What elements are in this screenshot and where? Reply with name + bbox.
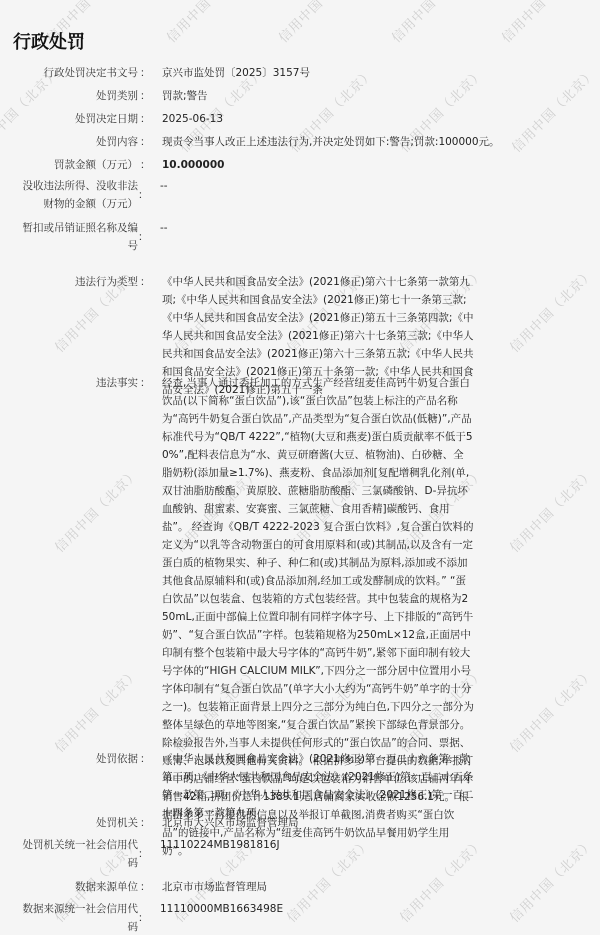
field-label-line: 处罚机关统一社会信用代 — [23, 839, 139, 851]
field-colon: ： — [140, 273, 162, 291]
field-colon: ： — [140, 64, 162, 82]
field-label: 处罚类别 — [0, 87, 140, 105]
watermark-text: 信用中国 — [161, 0, 214, 46]
field-basis: 处罚依据 ： 《中华人民共和国食品安全法》(2021修正)第一百二十六条第一款第… — [0, 750, 600, 814]
penalty-fields: 行政处罚决定书文号 ： 京兴市监处罚〔2025〕3157号 处罚类别 ： 罚款;… — [0, 64, 600, 935]
field-colon: ： — [140, 878, 162, 896]
field-content: 处罚内容 ： 现责令当事人改正上述违法行为,并决定处罚如下:警告;罚款:1000… — [0, 133, 600, 156]
field-colon: ： — [138, 836, 160, 863]
field-label-line: 财物的金额（万元） — [44, 198, 139, 210]
field-label-line: 码 — [128, 857, 139, 869]
field-value: 11110224MB1981816J — [160, 836, 472, 854]
field-label: 违法行为类型 — [0, 273, 140, 291]
field-label: 没收违法所得、没收非法 财物的金额（万元） — [0, 177, 138, 213]
field-label-line: 号 — [128, 240, 139, 252]
field-value: 罚款;警告 — [162, 87, 474, 105]
field-colon: ： — [140, 750, 162, 768]
field-value: 现责令当事人改正上述违法行为,并决定处罚如下:警告;罚款:100000元。 — [162, 133, 582, 151]
field-label: 处罚依据 — [0, 750, 140, 768]
watermark-text: 信用中国 — [496, 0, 549, 46]
field-label: 数据来源统一社会信用代 码 — [0, 900, 138, 935]
field-label-line: 暂扣或吊销证照名称及编 — [23, 222, 139, 234]
page-title: 行政处罚 — [13, 28, 85, 54]
field-colon: ： — [140, 133, 162, 151]
watermark-text: 信用中国 — [273, 0, 326, 46]
field-label: 处罚决定日期 — [0, 110, 140, 128]
field-value: 北京市市场监督管理局 — [162, 878, 474, 896]
field-category: 处罚类别 ： 罚款;警告 — [0, 87, 600, 110]
watermark-text: 信用中国 — [386, 0, 439, 46]
field-value: -- — [160, 177, 472, 195]
field-value: 《中华人民共和国食品安全法》(2021修正)第一百二十六条第一款第三项;《中华人… — [162, 750, 474, 822]
field-label: 数据来源单位 — [0, 878, 140, 896]
field-source-unit: 数据来源单位 ： 北京市市场监督管理局 — [0, 878, 600, 900]
field-colon: ： — [140, 374, 162, 392]
field-label: 处罚机关统一社会信用代 码 — [0, 836, 138, 872]
field-label: 处罚内容 — [0, 133, 140, 151]
field-colon: ： — [138, 900, 160, 927]
field-label: 罚款金额（万元） — [0, 156, 140, 174]
field-label: 处罚机关 — [0, 814, 140, 832]
field-colon: ： — [140, 87, 162, 105]
field-decision-no: 行政处罚决定书文号 ： 京兴市监处罚〔2025〕3157号 — [0, 64, 600, 87]
field-violation-type: 违法行为类型 ： 《中华人民共和国食品安全法》(2021修正)第六十七条第一款第… — [0, 273, 600, 374]
field-value: 10.000000 — [162, 156, 474, 174]
field-label-line: 数据来源统一社会信用代 — [23, 903, 139, 915]
field-colon: ： — [138, 219, 160, 246]
field-label: 行政处罚决定书文号 — [0, 64, 140, 82]
field-label: 违法事实 — [0, 374, 140, 392]
field-confiscation: 没收违法所得、没收非法 财物的金额（万元） ： -- — [0, 177, 600, 219]
field-label-line: 码 — [128, 921, 139, 933]
field-source-code: 数据来源统一社会信用代 码 ： 11110000MB1663498E — [0, 900, 600, 935]
field-facts: 违法事实 ： 经查,当事人通过委托加工的方式生产经营纽麦佳高钙牛奶复合蛋白饮品(… — [0, 374, 600, 750]
field-value: -- — [160, 219, 472, 237]
field-colon: ： — [140, 814, 162, 832]
field-colon: ： — [140, 156, 162, 174]
field-label: 暂扣或吊销证照名称及编 号 — [0, 219, 138, 255]
field-value: 11110000MB1663498E — [160, 900, 472, 918]
field-colon: ： — [138, 177, 160, 204]
field-fine-amount: 罚款金额（万元） ： 10.000000 — [0, 156, 600, 177]
field-value: 2025-06-13 — [162, 110, 474, 128]
field-decision-date: 处罚决定日期 ： 2025-06-13 — [0, 110, 600, 133]
field-value: 北京市大兴区市场监督管理局 — [162, 814, 474, 832]
field-value: 京兴市监处罚〔2025〕3157号 — [162, 64, 474, 82]
field-label-line: 没收违法所得、没收非法 — [23, 180, 139, 192]
field-colon: ： — [140, 110, 162, 128]
field-license: 暂扣或吊销证照名称及编 号 ： -- — [0, 219, 600, 273]
